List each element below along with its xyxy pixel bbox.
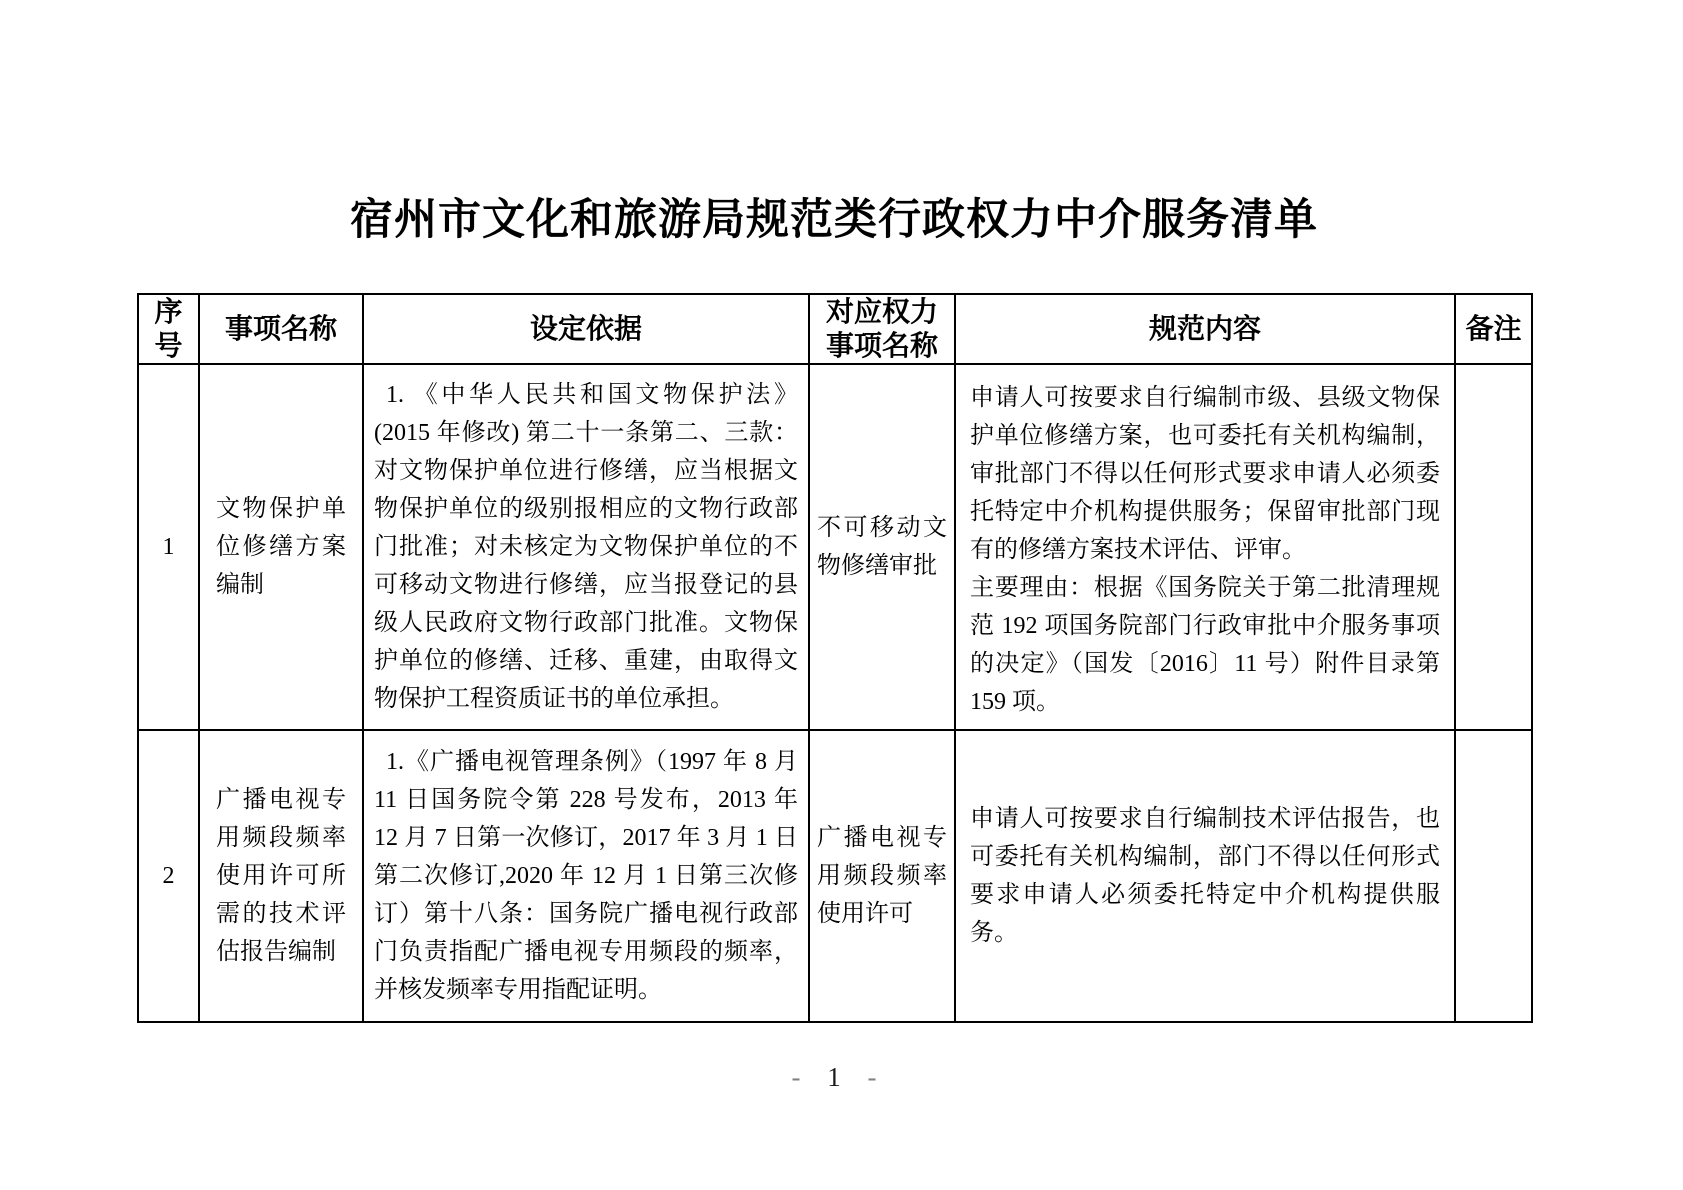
header-remark: 备注: [1455, 294, 1532, 364]
row2-power-item: 广播电视专用频段频率使用许可: [809, 730, 955, 1022]
service-list-table: 序号 事项名称 设定依据 对应权力事项名称 规范内容 备注 1 文物保护单位修缮…: [137, 293, 1533, 1023]
document-page: 宿州市文化和旅游局规范类行政权力中介服务清单 序号 事项名称 设定依据 对应权力…: [0, 0, 1683, 1190]
row1-content-paragraph-1: 申请人可按要求自行编制市级、县级文物保护单位修缮方案，也可委托有关机构编制，审批…: [970, 379, 1440, 569]
header-seq: 序号: [138, 294, 199, 364]
row1-seq: 1: [138, 364, 199, 730]
row2-item-name: 广播电视专用频段频率使用许可所需的技术评估报告编制: [199, 730, 363, 1022]
row1-content-paragraph-2: 主要理由：根据《国务院关于第二批清理规范 192 项国务院部门行政审批中介服务事…: [970, 569, 1440, 721]
page-number-left-dash: -: [792, 1062, 801, 1092]
row1-item-name: 文物保护单位修缮方案编制: [199, 364, 363, 730]
page-title: 宿州市文化和旅游局规范类行政权力中介服务清单: [137, 186, 1531, 247]
row1-basis: 1. 《中华人民共和国文物保护法》(2015 年修改) 第二十一条第二、三款：对…: [363, 364, 809, 730]
row2-basis: 1.《广播电视管理条例》（1997 年 8 月 11 日国务院令第 228 号发…: [363, 730, 809, 1022]
page-number-value: 1: [827, 1062, 841, 1092]
row1-basis-text: 1. 《中华人民共和国文物保护法》(2015 年修改) 第二十一条第二、三款：对…: [374, 376, 798, 718]
page-number-right-dash: -: [868, 1062, 877, 1092]
row2-basis-text: 1.《广播电视管理条例》（1997 年 8 月 11 日国务院令第 228 号发…: [374, 743, 798, 1009]
header-content: 规范内容: [955, 294, 1455, 364]
row2-remark: [1455, 730, 1532, 1022]
row1-power-item: 不可移动文物修缮审批: [809, 364, 955, 730]
row1-content: 申请人可按要求自行编制市级、县级文物保护单位修缮方案，也可委托有关机构编制，审批…: [955, 364, 1455, 730]
row2-content: 申请人可按要求自行编制技术评估报告，也可委托有关机构编制，部门不得以任何形式要求…: [955, 730, 1455, 1022]
table-row: 2 广播电视专用频段频率使用许可所需的技术评估报告编制 1.《广播电视管理条例》…: [138, 730, 1532, 1022]
header-power-item: 对应权力事项名称: [809, 294, 955, 364]
row1-remark: [1455, 364, 1532, 730]
page-number: - 1 -: [137, 1062, 1531, 1093]
row2-content-paragraph-1: 申请人可按要求自行编制技术评估报告，也可委托有关机构编制，部门不得以任何形式要求…: [970, 800, 1440, 952]
row2-seq: 2: [138, 730, 199, 1022]
table-header-row: 序号 事项名称 设定依据 对应权力事项名称 规范内容 备注: [138, 294, 1532, 364]
table-row: 1 文物保护单位修缮方案编制 1. 《中华人民共和国文物保护法》(2015 年修…: [138, 364, 1532, 730]
header-basis: 设定依据: [363, 294, 809, 364]
header-item-name: 事项名称: [199, 294, 363, 364]
